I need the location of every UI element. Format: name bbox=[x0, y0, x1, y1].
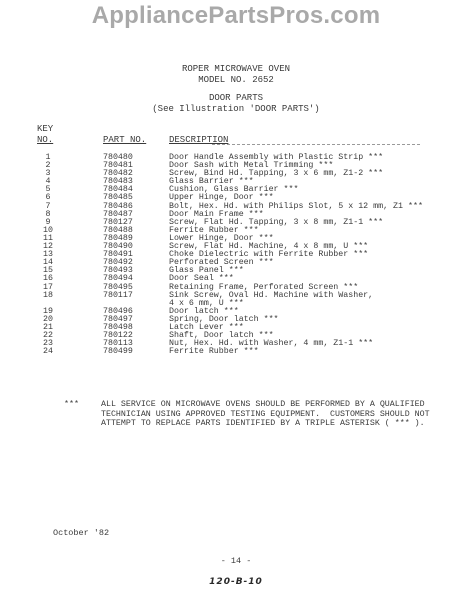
parts-table: 1780480Door Handle Assembly with Plastic… bbox=[0, 154, 472, 356]
footer-date: October '82 bbox=[53, 528, 109, 538]
part-number: 780499 bbox=[103, 348, 133, 356]
key-number: 24 bbox=[40, 348, 56, 356]
part-number: 780117 bbox=[103, 292, 133, 300]
table-row: 24780499Ferrite Rubber *** bbox=[0, 348, 472, 356]
column-header-key-line1: KEY bbox=[37, 124, 53, 135]
service-warning: ALL SERVICE ON MICROWAVE OVENS SHOULD BE… bbox=[101, 400, 441, 429]
page-number: - 14 - bbox=[0, 556, 472, 566]
watermark: AppliancePartsPros.com bbox=[0, 2, 472, 30]
illustration-reference: (See Illustration 'DOOR PARTS') bbox=[0, 104, 472, 115]
part-description: Sink Screw, Oval Hd. Machine with Washer… bbox=[169, 292, 373, 308]
part-description: Ferrite Rubber *** bbox=[169, 348, 259, 356]
model-number: MODEL NO. 2652 bbox=[0, 75, 472, 86]
column-header-key: KEY NO. bbox=[37, 124, 53, 146]
handwritten-reference: 120-B-10 bbox=[0, 577, 472, 587]
section-title: DOOR PARTS bbox=[0, 93, 472, 104]
table-row: 15780493Glass Panel *** bbox=[0, 267, 472, 275]
column-header-key-line2: NO. bbox=[37, 135, 53, 146]
header-divider bbox=[212, 144, 420, 145]
table-row: 18780117Sink Screw, Oval Hd. Machine wit… bbox=[0, 292, 472, 308]
key-number: 18 bbox=[40, 292, 56, 300]
note-asterisk: *** bbox=[64, 400, 79, 410]
column-header-part: PART NO. bbox=[103, 135, 146, 146]
document-title: ROPER MICROWAVE OVEN bbox=[0, 64, 472, 75]
